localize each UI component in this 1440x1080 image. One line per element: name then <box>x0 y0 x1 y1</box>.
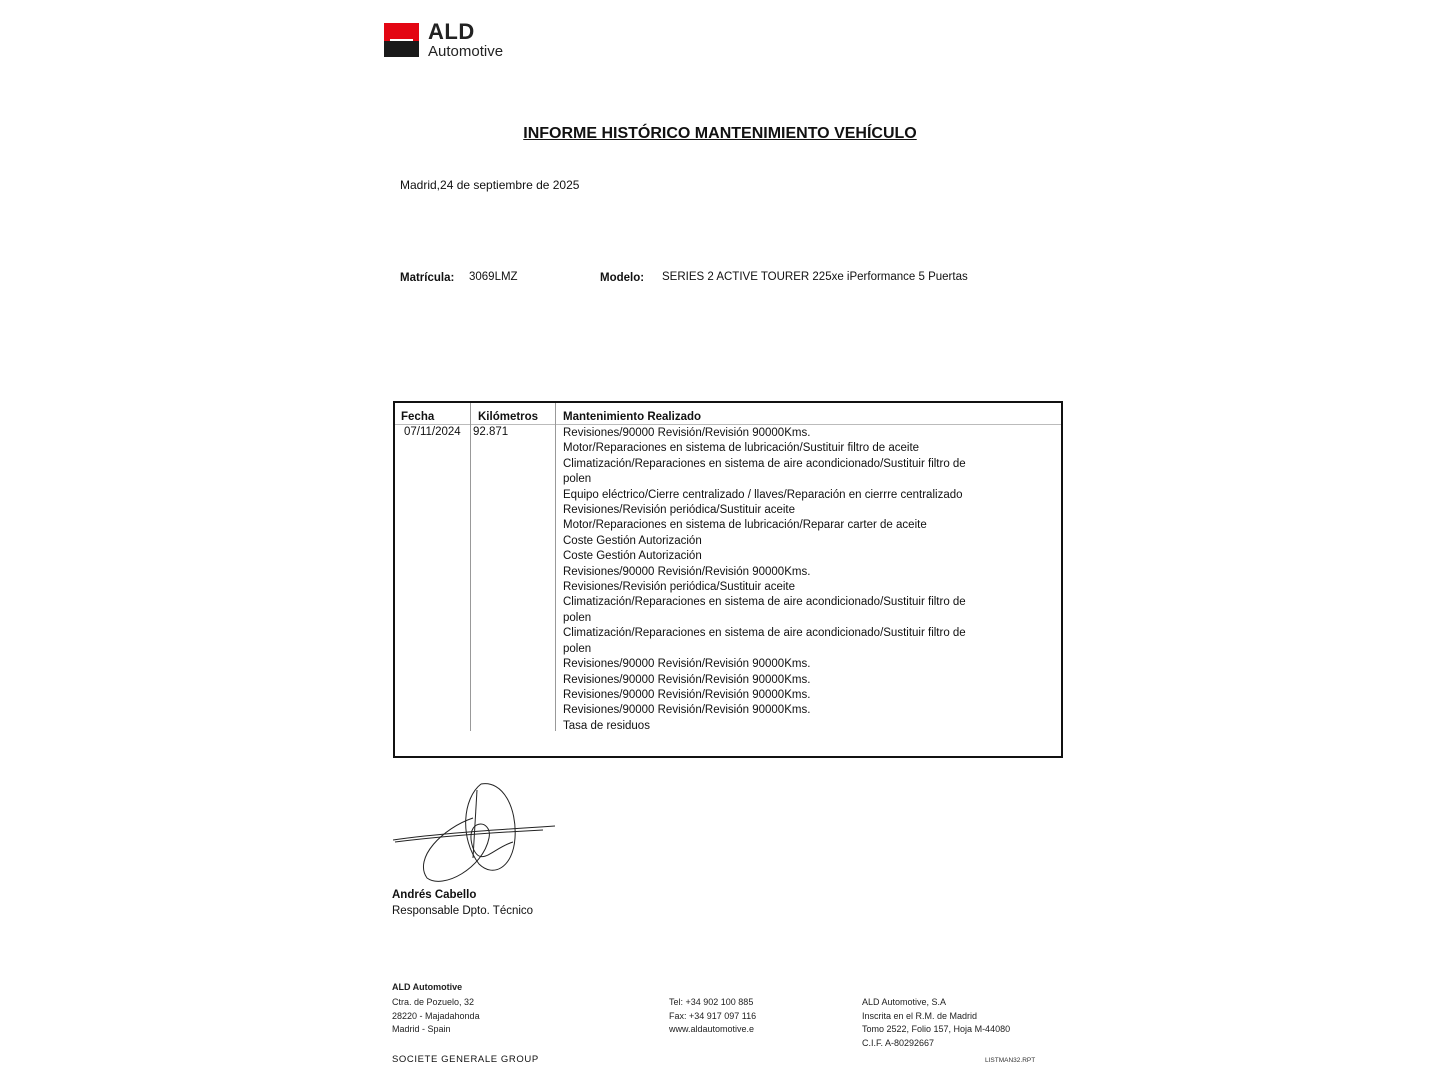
maintenance-line: Climatización/Reparaciones en sistema de… <box>563 626 966 641</box>
ald-logo-mark <box>384 23 419 57</box>
logo-subtitle: Automotive <box>428 44 503 59</box>
legal-line: C.I.F. A-80292667 <box>862 1037 1010 1051</box>
legal-line: Inscrita en el R.M. de Madrid <box>862 1010 1010 1024</box>
maintenance-line: polen <box>563 642 966 657</box>
maintenance-line: Motor/Reparaciones en sistema de lubrica… <box>563 518 966 533</box>
address-line: 28220 - Majadahonda <box>392 1010 480 1024</box>
phone: Tel: +34 902 100 885 <box>669 996 756 1010</box>
signature-image <box>393 778 555 886</box>
report-title: INFORME HISTÓRICO MANTENIMIENTO VEHÍCULO <box>0 125 1440 143</box>
maintenance-line: Revisiones/90000 Revisión/Revisión 90000… <box>563 565 966 580</box>
maintenance-line: Revisiones/90000 Revisión/Revisión 90000… <box>563 688 966 703</box>
maintenance-lines: Revisiones/90000 Revisión/Revisión 90000… <box>563 426 966 734</box>
header-date: Fecha <box>401 411 434 423</box>
signatory-role: Responsable Dpto. Técnico <box>392 905 533 917</box>
maintenance-line: Revisiones/90000 Revisión/Revisión 90000… <box>563 426 966 441</box>
fax: Fax: +34 917 097 116 <box>669 1010 756 1024</box>
maintenance-line: Climatización/Reparaciones en sistema de… <box>563 457 966 472</box>
footer-company: ALD Automotive <box>392 981 462 995</box>
address-line: Madrid - Spain <box>392 1023 480 1037</box>
cell-date: 07/11/2024 <box>404 426 461 438</box>
maintenance-line: Coste Gestión Autorización <box>563 534 966 549</box>
maintenance-line: Revisiones/90000 Revisión/Revisión 90000… <box>563 703 966 718</box>
ald-logo-text: ALD Automotive <box>428 21 503 59</box>
group-name: SOCIETE GENERALE GROUP <box>392 1054 539 1065</box>
model-value: SERIES 2 ACTIVE TOURER 225xe iPerformanc… <box>662 271 968 283</box>
column-divider <box>470 403 471 731</box>
legal-line: Tomo 2522, Folio 157, Hoja M-44080 <box>862 1023 1010 1037</box>
maintenance-line: Revisiones/Revisión periódica/Sustituir … <box>563 580 966 595</box>
maintenance-line: Revisiones/Revisión periódica/Sustituir … <box>563 503 966 518</box>
maintenance-line: Revisiones/90000 Revisión/Revisión 90000… <box>563 657 966 672</box>
model-label: Modelo: <box>600 272 644 284</box>
logo-brand: ALD <box>428 21 503 43</box>
maintenance-line: Tasa de residuos <box>563 719 966 734</box>
signatory-name: Andrés Cabello <box>392 889 476 901</box>
maintenance-line: Motor/Reparaciones en sistema de lubrica… <box>563 441 966 456</box>
date-line: Madrid,24 de septiembre de 2025 <box>400 178 579 192</box>
maintenance-line: Equipo eléctrico/Cierre centralizado / l… <box>563 488 966 503</box>
header-divider <box>395 424 1061 425</box>
cell-km: 92.871 <box>473 426 508 438</box>
maintenance-line: polen <box>563 472 966 487</box>
maintenance-line: Revisiones/90000 Revisión/Revisión 90000… <box>563 673 966 688</box>
header-maintenance: Mantenimiento Realizado <box>563 411 701 423</box>
header-km: Kilómetros <box>478 411 538 423</box>
maintenance-line: polen <box>563 611 966 626</box>
report-code: LISTMAN32.RPT <box>985 1057 1035 1064</box>
maintenance-line: Coste Gestión Autorización <box>563 549 966 564</box>
legal-line: ALD Automotive, S.A <box>862 996 1010 1010</box>
footer-legal: ALD Automotive, S.A Inscrita en el R.M. … <box>862 996 1010 1051</box>
website-link[interactable]: www.aldautomotive.e <box>669 1023 756 1037</box>
plate-label: Matrícula: <box>400 272 454 284</box>
footer-address: Ctra. de Pozuelo, 32 28220 - Majadahonda… <box>392 996 480 1037</box>
address-line: Ctra. de Pozuelo, 32 <box>392 996 480 1010</box>
maintenance-line: Climatización/Reparaciones en sistema de… <box>563 595 966 610</box>
column-divider <box>555 403 556 731</box>
plate-value: 3069LMZ <box>469 271 518 283</box>
maintenance-table: Fecha Kilómetros Mantenimiento Realizado… <box>393 401 1063 758</box>
footer-contact: Tel: +34 902 100 885 Fax: +34 917 097 11… <box>669 996 756 1037</box>
